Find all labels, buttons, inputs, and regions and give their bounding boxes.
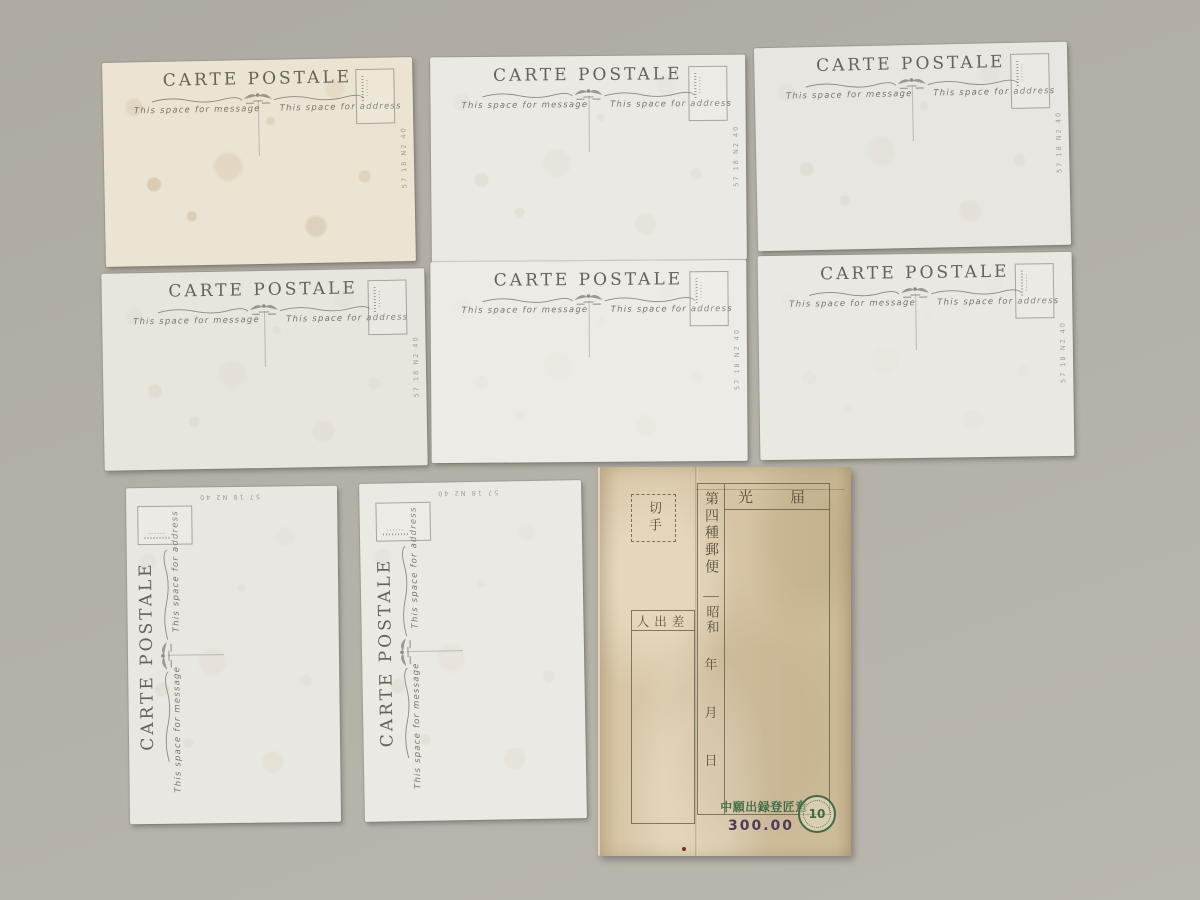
address-panel: 第四種郵便 昭和 年 月 日 光 届 [697,483,830,815]
stamp-box-micro-text [387,529,403,530]
printer-code: 57 18 N2 40 [1054,111,1063,173]
red-ink-dot [682,847,686,851]
mail-class-label: 第四種郵便 [701,491,721,576]
message-space-label: This space for message [461,100,588,111]
postcard-face: CARTE POSTALE This space for message [758,252,1075,460]
stamp-box-micro-text [366,80,367,96]
postcard-face: CARTE POSTALE This space for message [754,42,1071,252]
postcard-back: CARTE POSTALE This space for message [359,480,587,822]
printer-code: 57 18 N2 40 [1059,321,1068,383]
column-separator [703,596,719,597]
postcard-back: CARTE POSTALE This space for message [430,260,747,463]
postcard-face: CARTE POSTALE This space for message [430,260,747,463]
postcard-face: CARTE POSTALE This space for message [430,55,747,263]
postcard-back: CARTE POSTALE This space for message [758,252,1075,460]
stamp-box-micro-text [1021,271,1023,297]
printer-code: 57 18 N2 40 [436,489,498,498]
stamp-box [1010,53,1050,109]
printer-code: 57 18 N2 40 [411,335,420,397]
postcard-back: CARTE POSTALE This space for message [430,55,747,263]
stamp-box [137,505,192,545]
stamp-box [367,280,407,336]
era-label: 昭和 [702,605,721,635]
stamp-box [375,502,431,542]
postcard-face: CARTE POSTALE This space for message [101,268,427,471]
center-divider-line [407,650,463,652]
stamp-box-micro-text [695,278,697,304]
addressee-char-left: 光 [738,486,753,507]
stamp-area-box: 切手 [631,494,676,542]
message-space-label: This space for message [133,315,260,327]
message-space-label: This space for message [134,104,261,116]
stamp-box [1015,263,1055,319]
center-divider-line [167,654,223,656]
message-space-label: This space for message [411,662,423,789]
postcard-face: CARTE POSTALE This space for message [125,486,341,825]
message-space-label: This space for message [786,89,913,102]
stamp-box-micro-text [144,537,170,539]
stamp-box-micro-text [694,73,696,99]
addressee-char-right: 届 [790,486,805,507]
stamp-box-micro-text [361,76,363,102]
stamp-box-micro-text [379,291,380,307]
postcard-back: CARTE POSTALE This space for message [101,268,427,471]
price-text: 300.00 [728,818,794,834]
stamp-box-micro-text [699,77,700,93]
postcard-back: CARTE POSTALE This space for message [102,57,416,267]
stamp-box-micro-text [383,533,409,535]
printer-code: 57 18 N2 40 [732,124,741,186]
seal-number: 10 [809,807,826,821]
message-space-label: This space for message [789,298,916,310]
printer-code: 57 18 N2 40 [733,328,741,390]
postcard-back: CARTE POSTALE This space for message [126,486,341,825]
stamp-box [355,68,395,124]
printer-code: 57 18 N2 40 [198,493,260,502]
green-seal-stamp: 10 [798,795,836,833]
addressee-header: 光 届 [724,484,829,510]
stamp-box-micro-text [700,282,701,298]
stamp-box-micro-text [1021,65,1022,81]
photo-backdrop: CARTE POSTALE This space for message [0,0,1200,900]
year-label: 年 [704,654,717,673]
postcard-back: CARTE POSTALE This space for message [754,42,1071,252]
sender-box-label: 人出差 [632,611,694,631]
message-space-label: This space for message [462,305,589,316]
sender-box: 人出差 [631,610,695,824]
stamp-box [688,66,727,121]
mail-class-column: 第四種郵便 昭和 年 月 日 [698,484,725,814]
message-space-label: This space for message [172,666,184,793]
mailing-wrapper: 切手 人出差 第四種郵便 昭和 年 月 日 光 届 中願出録登匠意 300.00… [598,467,851,856]
stamp-box [689,271,728,326]
stamp-box-micro-text [1026,274,1027,290]
stamp-box-micro-text [148,533,164,534]
postcard-face: CARTE POSTALE This space for message [364,481,582,821]
stamp-area-label: 切手 [644,501,663,535]
postcard-face: CARTE POSTALE This space for message [102,57,416,267]
month-label: 月 [704,702,717,721]
stamp-box-micro-text [374,287,376,313]
stamp-box-micro-text [1016,61,1019,87]
printer-code: 57 18 N2 40 [399,127,408,189]
day-label: 日 [704,750,717,769]
